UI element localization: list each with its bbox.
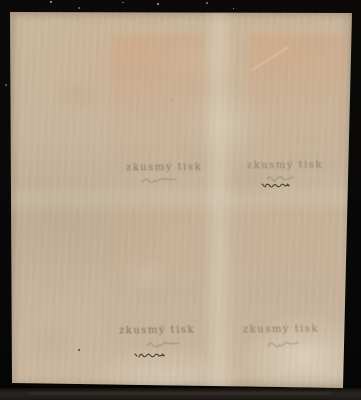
stamp-block-reverse-paper: zkusmý tisk zkusmý tisk zkusmý tisk zkus… — [10, 12, 352, 388]
proof-handstamp-upper-left: zkusmý tisk — [123, 162, 205, 176]
expert-signature-upper-left — [142, 176, 178, 186]
dust-speck — [5, 84, 7, 86]
dust-speck — [122, 2, 124, 3]
ink-fleck — [171, 100, 172, 101]
dust-speck — [233, 8, 234, 9]
proof-handstamp-lower-right: zkusmý tisk — [239, 324, 323, 338]
gutter-horizontal — [10, 182, 352, 216]
proof-handstamp-upper-right: zkusmý tisk — [243, 160, 327, 174]
dust-speck — [78, 7, 80, 9]
dust-speck — [157, 3, 159, 5]
dust-speck — [50, 1, 52, 3]
expert-ink-signature-lower-left — [134, 351, 166, 361]
dust-speck — [206, 2, 208, 4]
stamp-showthrough-upper-left — [112, 34, 206, 174]
stamp-showthrough-upper-right — [248, 34, 346, 172]
expert-ink-signature-upper-right — [261, 181, 291, 191]
photo-of-stamp-block-reverse: zkusmý tisk zkusmý tisk zkusmý tisk zkus… — [0, 0, 361, 400]
ink-fleck — [78, 349, 80, 351]
expert-signature-lower-left — [146, 340, 180, 350]
proof-handstamp-lower-left: zkusmý tisk — [115, 325, 199, 339]
photo-bottom-band — [0, 388, 361, 400]
expert-signature-lower-right — [267, 340, 299, 350]
paper-crease — [340, 192, 341, 262]
